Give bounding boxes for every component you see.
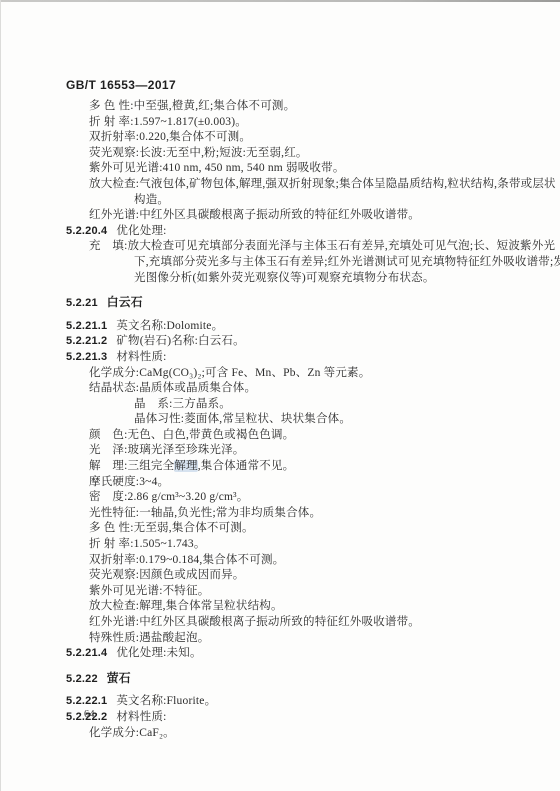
line-text: 结晶状态:晶质体或晶质集合体。 [89, 382, 256, 394]
clause-heading: 5.2.22萤石 [66, 671, 560, 688]
clause-heading: 5.2.21白云石 [66, 295, 560, 312]
document-line: 密 度:2.86 g/cm³~3.20 g/cm³。 [89, 490, 560, 506]
clause-number: 5.2.21.2 [66, 335, 107, 347]
line-text: 晶 系:三方晶系。 [134, 398, 231, 410]
document-line: 光性特征:一轴晶,负光性;常为非均质集合体。 [89, 506, 560, 522]
document-line: 荧光观察:因颜色或成因而异。 [89, 568, 560, 584]
document-line: 化学成分:CaF₂。 [89, 726, 560, 742]
document-line: 5.2.20.4优化处理: [66, 224, 560, 240]
clause-number: 5.2.22 [66, 673, 98, 685]
document-line: 放大检查:解理,集合体常呈粒状结构。 [89, 599, 560, 615]
line-text: 紫外可见光谱:不特征。 [89, 585, 209, 597]
document-line: 下,充填部分荧光多与主体玉石有差异;红外光谱测试可见充填物特征红外吸收谱带;发 [134, 255, 560, 271]
document-line: 荧光观察:长波:无至中,粉;短波:无至弱,红。 [89, 146, 560, 162]
document-line: 双折射率:0.220,集合体不可测。 [89, 130, 560, 146]
line-text: 充 填:放大检查可见充填部分表面光泽与主体玉石有差异,充填处可见气泡;长、短波紫… [89, 240, 555, 252]
document-line: 结晶状态:晶质体或晶质集合体。 [89, 381, 560, 397]
page-top-edge [1, 0, 560, 2]
document-line: 5.2.22.1英文名称:Fluorite。 [66, 694, 560, 710]
document-line: 颜 色:无色、白色,带黄色或褐色色调。 [89, 428, 560, 444]
line-text: 颜 色:无色、白色,带黄色或褐色色调。 [89, 429, 294, 441]
line-text: 材料性质: [116, 711, 166, 723]
clause-number: 5.2.22.1 [66, 695, 107, 707]
document-line: 多 色 性:中至强,橙黄,红;集合体不可测。 [89, 99, 560, 115]
document-line: 5.2.22.2材料性质: [66, 710, 560, 726]
line-text: 特殊性质:遇盐酸起泡。 [89, 632, 209, 644]
document-page: GB/T 16553—2017 多 色 性:中至强,橙黄,红;集合体不可测。折 … [0, 0, 560, 791]
line-text: 光图像分析(如紫外荧光观察仪等)可观察充填物分布状态。 [134, 272, 435, 284]
document-line: 红外光谱:中红外区具碳酸根离子振动所致的特征红外吸收谱带。 [89, 208, 560, 224]
line-text: 优化处理: [116, 225, 166, 237]
clause-number: 5.2.20.4 [66, 225, 107, 237]
line-text: 矿物(岩石)名称:白云石。 [116, 335, 244, 347]
document-line: 红外光谱:中红外区具碳酸根离子振动所致的特征红外吸收谱带。 [89, 615, 560, 631]
document-line: 紫外可见光谱:410 nm, 450 nm, 540 nm 弱吸收带。 [89, 161, 560, 177]
clause-title: 萤石 [107, 671, 131, 685]
document-line: 特殊性质:遇盐酸起泡。 [89, 631, 560, 647]
line-text: 光性特征:一轴晶,负光性;常为非均质集合体。 [89, 507, 321, 519]
document-line: 折 射 率:1.505~1.743。 [89, 537, 560, 553]
line-text: 化学成分:CaF₂。 [89, 727, 175, 739]
document-line: 充 填:放大检查可见充填部分表面光泽与主体玉石有差异,充填处可见气泡;长、短波紫… [89, 239, 560, 255]
line-text: 化学成分:CaMg(CO₃)₂;可含 Fe、Mn、Pb、Zn 等元素。 [89, 367, 370, 379]
line-text: 英文名称:Fluorite。 [116, 695, 216, 707]
line-text: 材料性质: [116, 351, 166, 363]
line-text: 下,充填部分荧光多与主体玉石有差异;红外光谱测试可见充填物特征红外吸收谱带;发 [134, 256, 560, 268]
page-number: 64 [84, 709, 95, 720]
document-line: 构造。 [134, 193, 560, 209]
clause-title: 白云石 [107, 295, 143, 309]
line-text: 放大检查:气液包体,矿物包体,解理,强双折射现象;集合体呈隐晶质结构,粒状结构,… [89, 178, 556, 190]
line-text: 密 度:2.86 g/cm³~3.20 g/cm³。 [89, 491, 249, 503]
line-text: 紫外可见光谱:410 nm, 450 nm, 540 nm 弱吸收带。 [89, 162, 345, 174]
document-line: 放大检查:气液包体,矿物包体,解理,强双折射现象;集合体呈隐晶质结构,粒状结构,… [89, 177, 560, 193]
line-text: 双折射率:0.179~0.184,集合体不可测。 [89, 554, 284, 566]
line-text: 荧光观察:因颜色或成因而异。 [89, 569, 245, 581]
line-text: 英文名称:Dolomite。 [116, 320, 223, 332]
document-line: 5.2.21.3材料性质: [66, 350, 560, 366]
document-line: 折 射 率:1.597~1.817(±0.003)。 [89, 115, 560, 131]
line-text: ,集合体通常不见。 [198, 460, 295, 472]
line-text: 多 色 性:中至强,橙黄,红;集合体不可测。 [89, 100, 295, 112]
document-line: 5.2.21.1英文名称:Dolomite。 [66, 319, 560, 335]
document-line: 解 理:三组完全解理,集合体通常不见。 [89, 459, 560, 475]
document-line: 紫外可见光谱:不特征。 [89, 584, 560, 600]
document-line: 晶 系:三方晶系。 [134, 397, 560, 413]
highlighted-text: 解理 [174, 460, 197, 472]
line-text: 红外光谱:中红外区具碳酸根离子振动所致的特征红外吸收谱带。 [89, 616, 420, 628]
line-text: 优化处理:未知。 [116, 647, 201, 659]
document-line: 晶体习性:菱面体,常呈粒状、块状集合体。 [134, 412, 560, 428]
line-text: 光 泽:玻璃光泽至珍珠光泽。 [89, 444, 245, 456]
document-line: 多 色 性:无至弱,集合体不可测。 [89, 521, 560, 537]
line-text: 摩氏硬度:3~4。 [89, 476, 169, 488]
line-text: 解 理:三组完全 [89, 460, 174, 472]
clause-number: 5.2.21.3 [66, 351, 107, 363]
document-body: 多 色 性:中至强,橙黄,红;集合体不可测。折 射 率:1.597~1.817(… [1, 99, 560, 741]
clause-number: 5.2.21.1 [66, 320, 107, 332]
line-text: 构造。 [134, 194, 169, 206]
document-line: 5.2.21.4优化处理:未知。 [66, 646, 560, 662]
line-text: 折 射 率:1.505~1.743。 [89, 538, 206, 550]
line-text: 折 射 率:1.597~1.817(±0.003)。 [89, 116, 247, 128]
line-text: 红外光谱:中红外区具碳酸根离子振动所致的特征红外吸收谱带。 [89, 209, 420, 221]
line-text: 晶体习性:菱面体,常呈粒状、块状集合体。 [134, 413, 351, 425]
clause-number: 5.2.21 [66, 297, 98, 309]
standard-number-header: GB/T 16553—2017 [66, 78, 176, 92]
document-line: 双折射率:0.179~0.184,集合体不可测。 [89, 553, 560, 569]
document-line: 摩氏硬度:3~4。 [89, 475, 560, 491]
line-text: 放大检查:解理,集合体常呈粒状结构。 [89, 600, 283, 612]
line-text: 荧光观察:长波:无至中,粉;短波:无至弱,红。 [89, 147, 308, 159]
document-line: 光图像分析(如紫外荧光观察仪等)可观察充填物分布状态。 [134, 271, 560, 287]
line-text: 多 色 性:无至弱,集合体不可测。 [89, 522, 254, 534]
document-line: 化学成分:CaMg(CO₃)₂;可含 Fe、Mn、Pb、Zn 等元素。 [89, 366, 560, 382]
document-line: 光 泽:玻璃光泽至珍珠光泽。 [89, 443, 560, 459]
document-line: 5.2.21.2矿物(岩石)名称:白云石。 [66, 334, 560, 350]
line-text: 双折射率:0.220,集合体不可测。 [89, 131, 251, 143]
clause-number: 5.2.21.4 [66, 647, 107, 659]
